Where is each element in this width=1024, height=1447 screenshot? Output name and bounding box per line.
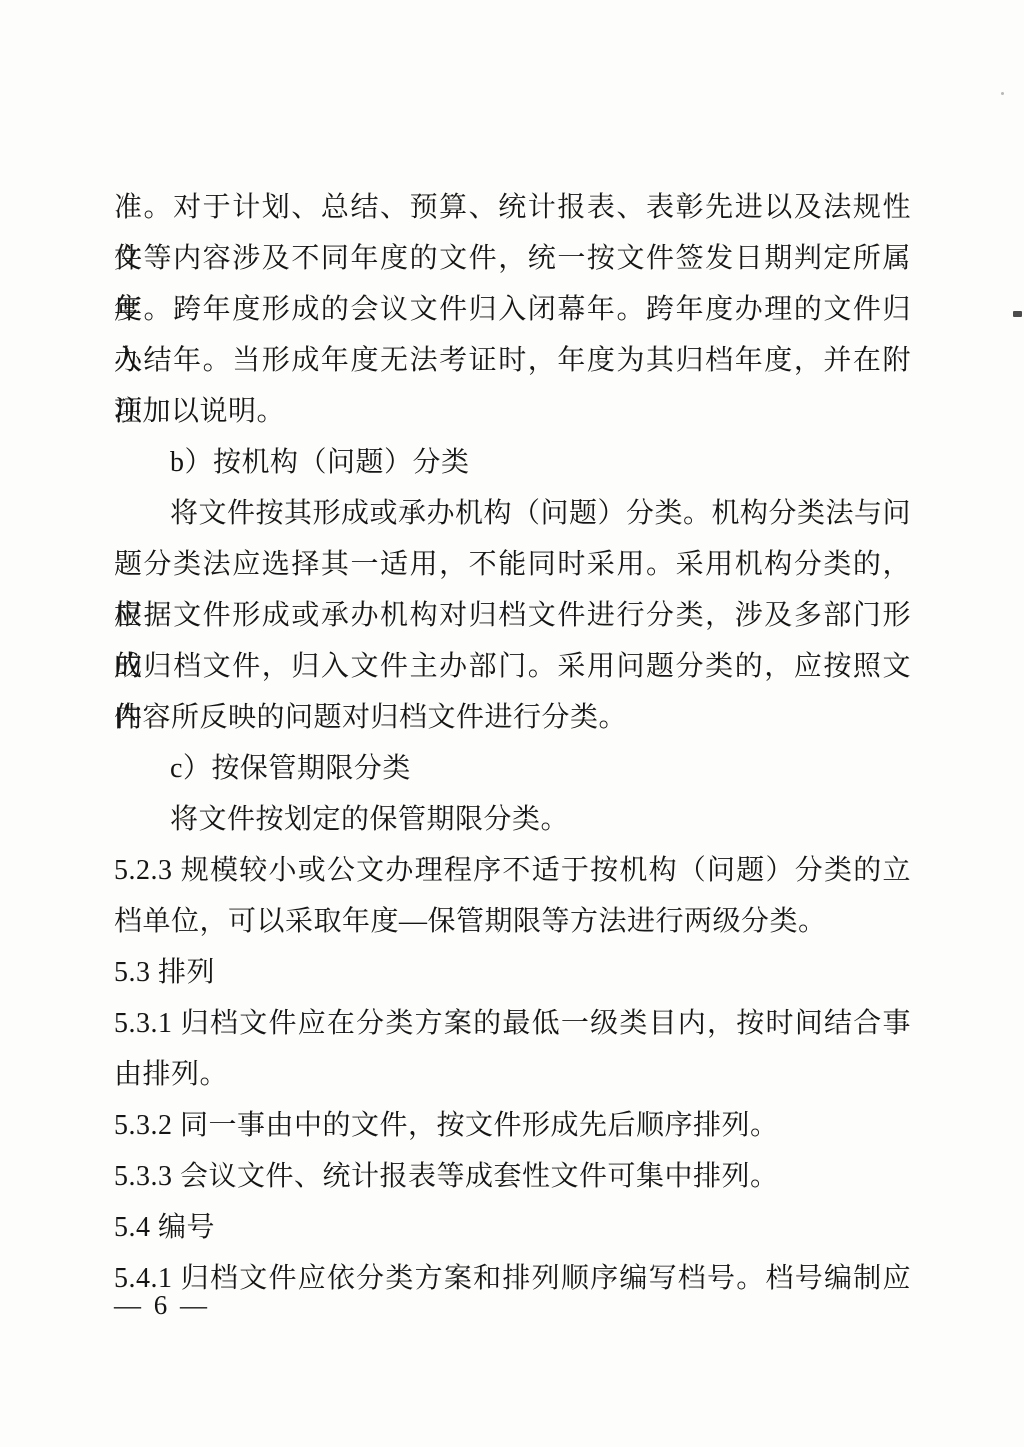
text-line: 根据文件形成或承办机构对归档文件进行分类，涉及多部门形成 bbox=[114, 590, 911, 641]
section-5-4-1-line: 5.4.1 归档文件应依分类方案和排列顺序编写档号。档号编制应 bbox=[114, 1253, 911, 1304]
text-line: 项加以说明。 bbox=[114, 386, 911, 437]
section-5-4-heading: 5.4 编号 bbox=[114, 1202, 911, 1253]
section-5-3-1-line: 5.3.1 归档文件应在分类方案的最低一级类目内，按时间结合事 bbox=[114, 998, 911, 1049]
text-line: 度。跨年度形成的会议文件归入闭幕年。跨年度办理的文件归入 bbox=[114, 284, 911, 335]
text-block: 准。对于计划、总结、预算、统计报表、表彰先进以及法规性文 件等内容涉及不同年度的… bbox=[114, 182, 911, 1304]
section-5-2-3-line: 5.2.3 规模较小或公文办理程序不适于按机构（问题）分类的立 bbox=[114, 845, 911, 896]
text-line: 内容所反映的问题对归档文件进行分类。 bbox=[114, 692, 911, 743]
text-line: 将文件按其形成或承办机构（问题）分类。机构分类法与问 bbox=[114, 488, 911, 539]
list-item-c-heading: c）按保管期限分类 bbox=[114, 743, 911, 794]
text-line: 办结年。当形成年度无法考证时，年度为其归档年度，并在附注 bbox=[114, 335, 911, 386]
scanned-document-page: 准。对于计划、总结、预算、统计报表、表彰先进以及法规性文 件等内容涉及不同年度的… bbox=[0, 0, 1024, 1447]
scan-artifact-dot bbox=[1001, 92, 1004, 95]
text-line: 准。对于计划、总结、预算、统计报表、表彰先进以及法规性文 bbox=[114, 182, 911, 233]
text-line: 将文件按划定的保管期限分类。 bbox=[114, 794, 911, 845]
text-line: 由排列。 bbox=[114, 1049, 911, 1100]
text-line: 题分类法应选择其一适用，不能同时采用。采用机构分类的，应 bbox=[114, 539, 911, 590]
section-5-3-heading: 5.3 排列 bbox=[114, 947, 911, 998]
text-line: 件等内容涉及不同年度的文件，统一按文件签发日期判定所属年 bbox=[114, 233, 911, 284]
text-line: 的归档文件，归入文件主办部门。采用问题分类的，应按照文件 bbox=[114, 641, 911, 692]
scan-artifact-mark bbox=[1013, 311, 1022, 317]
section-5-3-3-line: 5.3.3 会议文件、统计报表等成套性文件可集中排列。 bbox=[114, 1151, 911, 1202]
section-5-3-2-line: 5.3.2 同一事由中的文件，按文件形成先后顺序排列。 bbox=[114, 1100, 911, 1151]
list-item-b-heading: b）按机构（问题）分类 bbox=[114, 437, 911, 488]
page-number: — 6 — bbox=[114, 1288, 210, 1322]
text-line: 档单位，可以采取年度—保管期限等方法进行两级分类。 bbox=[114, 896, 911, 947]
